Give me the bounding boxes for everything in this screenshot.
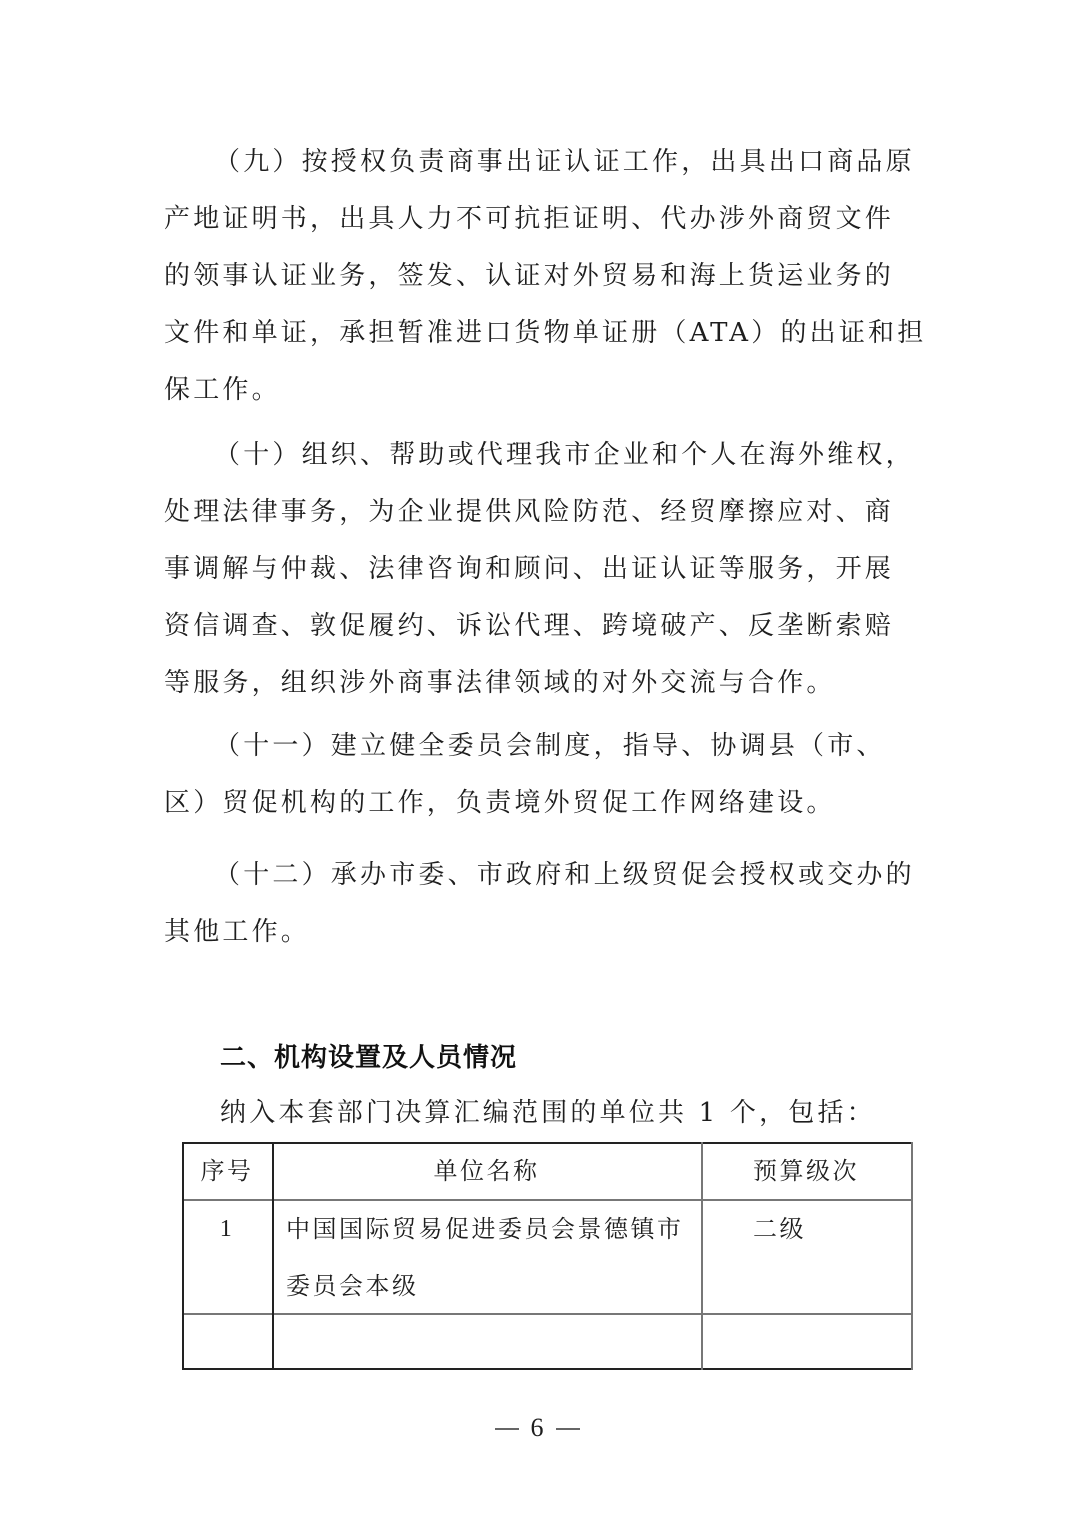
intro-text: 纳入本套部门决算汇编范围的单位共 1 个，包括： xyxy=(220,1093,876,1133)
text-line: 的领事认证业务，签发、认证对外贸易和海上货运业务的 xyxy=(164,256,894,296)
text-line: 保工作。 xyxy=(164,370,281,410)
text-line: 文件和单证，承担暂准进口货物单证册（ATA）的出证和担 xyxy=(164,313,926,353)
text-line: 等服务，组织涉外商事法律领域的对外交流与合作。 xyxy=(164,663,836,703)
dash-decoration xyxy=(495,1428,519,1430)
text-line: （九）按授权负责商事出证认证工作，出具出口商品原 xyxy=(214,142,915,182)
table-cell-level: 二级 xyxy=(753,1209,806,1249)
dash-decoration xyxy=(556,1428,580,1430)
table-header-level: 预算级次 xyxy=(701,1151,911,1191)
page-number: 6 xyxy=(531,1413,544,1442)
table-header-name: 单位名称 xyxy=(272,1151,701,1191)
page-footer: 6 xyxy=(0,1408,1074,1448)
table-cell-name: 中国国际贸易促进委员会景德镇市 xyxy=(286,1209,684,1249)
table-divider xyxy=(182,1313,913,1315)
table-cell-index: 1 xyxy=(182,1209,272,1249)
text-line: 其他工作。 xyxy=(164,912,310,952)
table-cell-name: 委员会本级 xyxy=(286,1266,419,1306)
text-line: 资信调查、敦促履约、诉讼代理、跨境破产、反垄断索赔 xyxy=(164,606,894,646)
text-line: （十二）承办市委、市政府和上级贸促会授权或交办的 xyxy=(214,855,915,895)
text-line: （十）组织、帮助或代理我市企业和个人在海外维权， xyxy=(214,435,915,475)
text-line: 产地证明书，出具人力不可抗拒证明、代办涉外商贸文件 xyxy=(164,199,894,239)
table-header-index: 序号 xyxy=(182,1151,272,1191)
section-heading: 二、机构设置及人员情况 xyxy=(220,1038,517,1078)
table-border-top xyxy=(182,1142,913,1144)
text-line: 处理法律事务，为企业提供风险防范、经贸摩擦应对、商 xyxy=(164,492,894,532)
unit-table: 序号 单位名称 预算级次 1 中国国际贸易促进委员会景德镇市 委员会本级 二级 xyxy=(182,1142,912,1370)
text-line: 区）贸促机构的工作，负责境外贸促工作网络建设。 xyxy=(164,783,836,823)
text-line: 事调解与仲裁、法律咨询和顾问、出证认证等服务，开展 xyxy=(164,549,894,589)
table-border-right xyxy=(911,1142,913,1370)
table-divider xyxy=(182,1199,913,1201)
table-border-bottom xyxy=(182,1368,913,1370)
text-line: （十一）建立健全委员会制度，指导、协调县（市、 xyxy=(214,726,886,766)
